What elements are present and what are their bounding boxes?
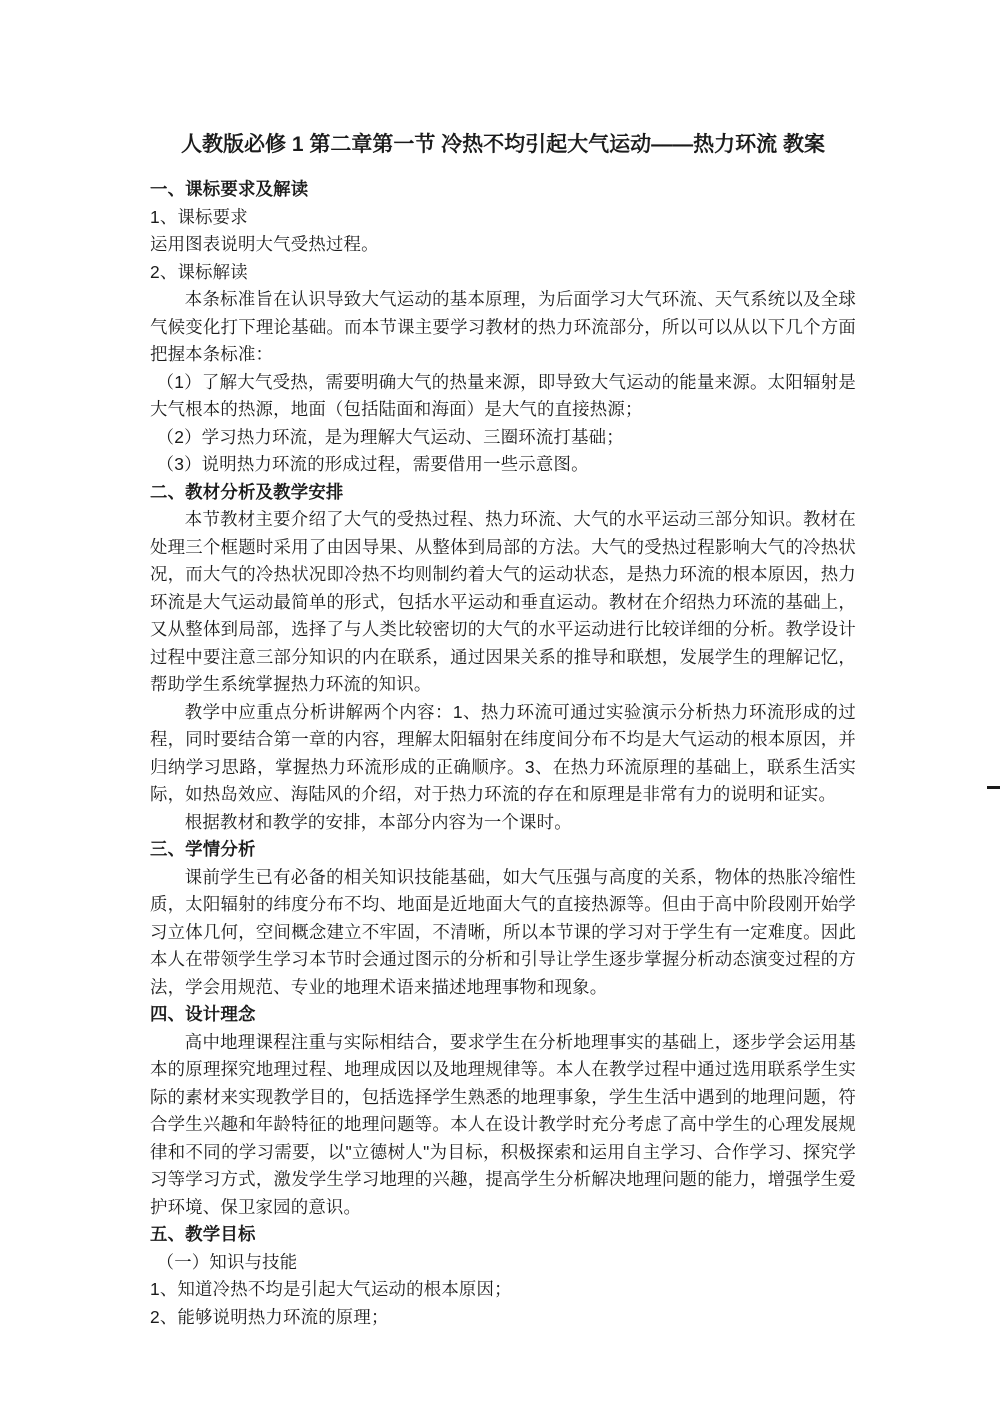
paragraph-material-analysis-1: 本节教材主要介绍了大气的受热过程、热力环流、大气的水平运动三部分知识。教材在处理… <box>150 506 856 699</box>
heading-design-concept: 四、设计理念 <box>150 1001 856 1029</box>
document-page: 人教版必修 1 第二章第一节 冷热不均引起大气运动——热力环流 教案 一、课标要… <box>0 0 1000 1414</box>
subheading-knowledge-skills: （一）知识与技能 <box>150 1249 856 1277</box>
paragraph-standard-overview: 本条标准旨在认识导致大气运动的基本原理，为后面学习大气环流、天气系统以及全球气候… <box>150 286 856 369</box>
paragraph-material-analysis-2: 教学中应重点分析讲解两个内容：1、热力环流可通过实验演示分析热力环流形成的过程，… <box>150 699 856 809</box>
paragraph-design-concept: 高中地理课程注重与实际相结合，要求学生在分析地理事实的基础上，逐步学会运用基本的… <box>150 1029 856 1222</box>
list-item-3: （3）说明热力环流的形成过程，需要借用一些示意图。 <box>150 451 856 479</box>
objective-item-2: 2、能够说明热力环流的原理； <box>150 1304 856 1332</box>
document-content: 人教版必修 1 第二章第一节 冷热不均引起大气运动——热力环流 教案 一、课标要… <box>150 130 856 1331</box>
document-title: 人教版必修 1 第二章第一节 冷热不均引起大气运动——热力环流 教案 <box>150 130 856 160</box>
text-standard-requirement: 运用图表说明大气受热过程。 <box>150 231 856 259</box>
heading-curriculum-standard: 一、课标要求及解读 <box>150 176 856 204</box>
heading-learner-analysis: 三、学情分析 <box>150 836 856 864</box>
heading-material-analysis: 二、教材分析及教学安排 <box>150 479 856 507</box>
objective-item-1: 1、知道冷热不均是引起大气运动的根本原因； <box>150 1276 856 1304</box>
list-item-2: （2）学习热力环流，是为理解大气运动、三圈环流打基础； <box>150 424 856 452</box>
paragraph-learner-analysis: 课前学生已有必备的相关知识技能基础，如大气压强与高度的关系，物体的热胀冷缩性质，… <box>150 864 856 1002</box>
list-item-1: （1）了解大气受热，需要明确大气的热量来源，即导致大气运动的能量来源。太阳辐射是… <box>150 369 856 424</box>
scan-dash-mark <box>987 786 1000 789</box>
label-standard-interpretation: 2、课标解读 <box>150 259 856 287</box>
heading-teaching-objectives: 五、教学目标 <box>150 1221 856 1249</box>
label-standard-requirement: 1、课标要求 <box>150 204 856 232</box>
paragraph-lesson-hours: 根据教材和教学的安排，本部分内容为一个课时。 <box>150 809 856 837</box>
